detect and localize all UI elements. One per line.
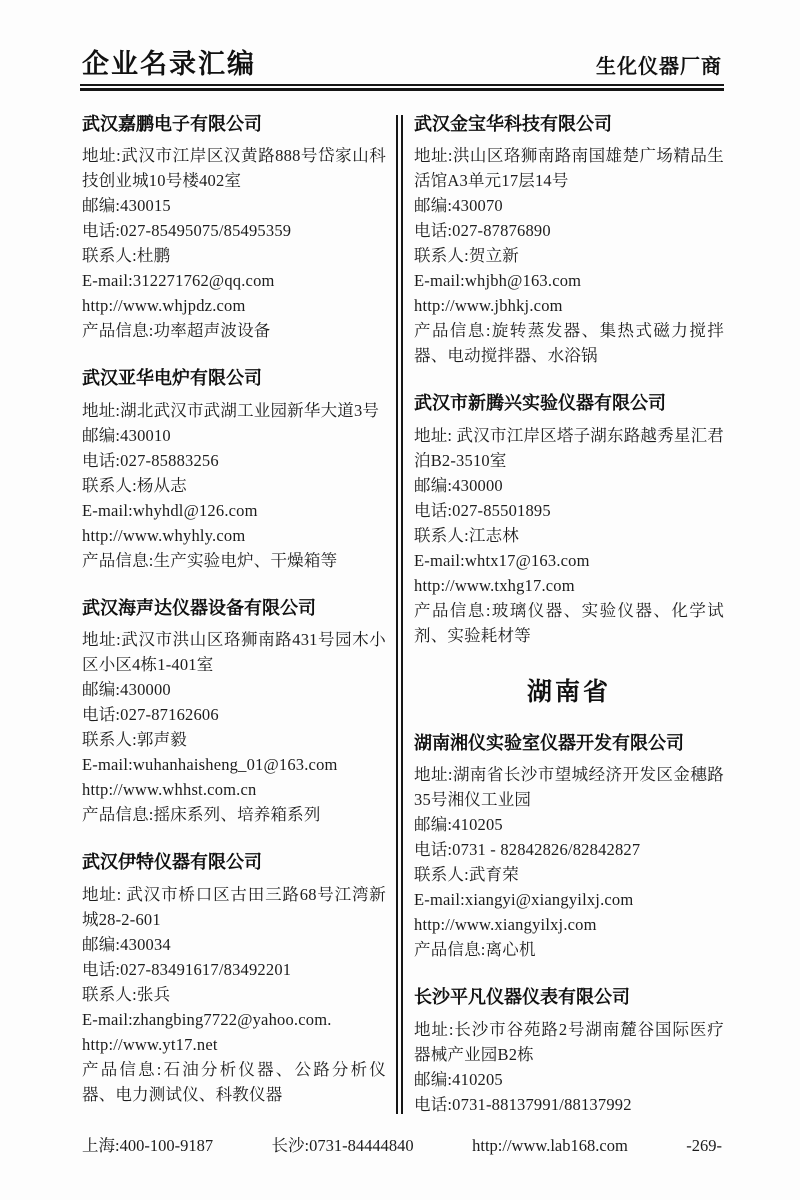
- company-email: E-mail:whjbh@163.com: [414, 268, 724, 293]
- company-entry: 武汉海声达仪器设备有限公司 地址:武汉市洪山区珞狮南路431号园木小区小区4栋1…: [82, 597, 386, 827]
- right-column: 武汉金宝华科技有限公司 地址:洪山区珞狮南路南国雄楚广场精品生活馆A3单元17层…: [414, 113, 724, 1114]
- company-contact: 联系人:张兵: [82, 982, 386, 1007]
- company-postcode: 邮编:430070: [414, 193, 724, 218]
- company-entry: 长沙平凡仪器仪表有限公司 地址:长沙市谷苑路2号湖南麓谷国际医疗器械产业园B2栋…: [414, 986, 724, 1114]
- company-address: 地址:武汉市洪山区珞狮南路431号园木小区小区4栋1-401室: [82, 627, 386, 677]
- company-phone: 电话:027-85495075/85495359: [82, 218, 386, 243]
- page-footer: 上海:400-100-9187 长沙:0731-84444840 http://…: [82, 1132, 722, 1156]
- company-address: 地址:武汉市江岸区汉黄路888号岱家山科技创业城10号楼402室: [82, 143, 386, 193]
- company-email: E-mail:whtx17@163.com: [414, 548, 724, 573]
- company-email: E-mail:whyhdl@126.com: [82, 498, 386, 523]
- company-name: 武汉金宝华科技有限公司: [414, 113, 724, 136]
- directory-columns: 武汉嘉鹏电子有限公司 地址:武汉市江岸区汉黄路888号岱家山科技创业城10号楼4…: [82, 113, 724, 1114]
- company-contact: 联系人:杨从志: [82, 473, 386, 498]
- company-products: 产品信息:旋转蒸发器、集热式磁力搅拌器、电动搅拌器、水浴锅: [414, 318, 724, 368]
- company-contact: 联系人:贺立新: [414, 243, 724, 268]
- company-address: 地址: 武汉市桥口区古田三路68号江湾新城28-2-601: [82, 882, 386, 932]
- company-postcode: 邮编:430015: [82, 193, 386, 218]
- company-address: 地址:湖南省长沙市望城经济开发区金穗路35号湘仪工业园: [414, 762, 724, 812]
- company-phone: 电话:027-87162606: [82, 702, 386, 727]
- company-email: E-mail:wuhanhaisheng_01@163.com: [82, 752, 386, 777]
- header-rule-thick-line: [80, 88, 724, 91]
- company-name: 长沙平凡仪器仪表有限公司: [414, 986, 724, 1009]
- company-products: 产品信息:石油分析仪器、公路分析仪器、电力测试仪、科教仪器: [82, 1057, 386, 1107]
- company-name: 武汉海声达仪器设备有限公司: [82, 597, 386, 620]
- company-email: E-mail:312271762@qq.com: [82, 268, 386, 293]
- company-products: 产品信息:离心机: [414, 937, 724, 962]
- company-contact: 联系人:杜鹏: [82, 243, 386, 268]
- publication-title: 企业名录汇编: [82, 42, 256, 81]
- company-name: 武汉亚华电炉有限公司: [82, 367, 386, 390]
- header-rule-thin-line: [80, 84, 724, 86]
- company-postcode: 邮编:430010: [82, 423, 386, 448]
- left-column: 武汉嘉鹏电子有限公司 地址:武汉市江岸区汉黄路888号岱家山科技创业城10号楼4…: [82, 113, 386, 1114]
- company-phone: 电话:027-85883256: [82, 448, 386, 473]
- company-website: http://www.whyhly.com: [82, 523, 386, 548]
- company-email: E-mail:xiangyi@xiangyilxj.com: [414, 887, 724, 912]
- company-name: 武汉市新腾兴实验仪器有限公司: [414, 392, 724, 415]
- company-postcode: 邮编:430000: [82, 677, 386, 702]
- company-contact: 联系人:武育荣: [414, 862, 724, 887]
- header-rule: [80, 84, 724, 91]
- company-products: 产品信息:摇床系列、培养箱系列: [82, 802, 386, 827]
- directory-page: 企业名录汇编 生化仪器厂商 武汉嘉鹏电子有限公司 地址:武汉市江岸区汉黄路888…: [0, 0, 800, 1200]
- company-phone: 电话:0731-88137991/88137992: [414, 1092, 724, 1114]
- page-number: -269-: [686, 1136, 722, 1156]
- company-name: 湖南湘仪实验室仪器开发有限公司: [414, 732, 724, 755]
- company-products: 产品信息:功率超声波设备: [82, 318, 386, 343]
- company-name: 武汉嘉鹏电子有限公司: [82, 113, 386, 136]
- company-phone: 电话:027-87876890: [414, 218, 724, 243]
- company-phone: 电话:027-85501895: [414, 498, 724, 523]
- company-entry: 武汉嘉鹏电子有限公司 地址:武汉市江岸区汉黄路888号岱家山科技创业城10号楼4…: [82, 113, 386, 343]
- company-contact: 联系人:江志林: [414, 523, 724, 548]
- company-phone: 电话:0731 - 82842826/82842827: [414, 837, 724, 862]
- column-divider: [396, 115, 403, 1114]
- company-phone: 电话:027-83491617/83492201: [82, 957, 386, 982]
- company-postcode: 邮编:410205: [414, 1067, 724, 1092]
- company-entry: 武汉伊特仪器有限公司 地址: 武汉市桥口区古田三路68号江湾新城28-2-601…: [82, 851, 386, 1106]
- company-website: http://www.whhst.com.cn: [82, 777, 386, 802]
- company-contact: 联系人:郭声毅: [82, 727, 386, 752]
- company-postcode: 邮编:430000: [414, 473, 724, 498]
- company-products: 产品信息:玻璃仪器、实验仪器、化学试剂、实验耗材等: [414, 598, 724, 648]
- company-address: 地址:长沙市谷苑路2号湖南麓谷国际医疗器械产业园B2栋: [414, 1017, 724, 1067]
- company-entry: 武汉金宝华科技有限公司 地址:洪山区珞狮南路南国雄楚广场精品生活馆A3单元17层…: [414, 113, 724, 368]
- company-products: 产品信息:生产实验电炉、干燥箱等: [82, 548, 386, 573]
- company-postcode: 邮编:410205: [414, 812, 724, 837]
- company-postcode: 邮编:430034: [82, 932, 386, 957]
- company-address: 地址:洪山区珞狮南路南国雄楚广场精品生活馆A3单元17层14号: [414, 143, 724, 193]
- company-website: http://www.jbhkj.com: [414, 293, 724, 318]
- company-address: 地址: 武汉市江岸区塔子湖东路越秀星汇君泊B2-3510室: [414, 423, 724, 473]
- company-entry: 湖南湘仪实验室仪器开发有限公司 地址:湖南省长沙市望城经济开发区金穗路35号湘仪…: [414, 732, 724, 962]
- company-name: 武汉伊特仪器有限公司: [82, 851, 386, 874]
- company-website: http://www.xiangyilxj.com: [414, 912, 724, 937]
- footer-shanghai-phone: 上海:400-100-9187: [82, 1132, 213, 1156]
- footer-changsha-phone: 长沙:0731-84444840: [272, 1132, 414, 1156]
- province-section-heading: 湖南省: [414, 672, 724, 708]
- company-website: http://www.txhg17.com: [414, 573, 724, 598]
- company-email: E-mail:zhangbing7722@yahoo.com.: [82, 1007, 386, 1032]
- company-address: 地址:湖北武汉市武湖工业园新华大道3号: [82, 398, 386, 423]
- category-title: 生化仪器厂商: [596, 50, 722, 81]
- company-website: http://www.yt17.net: [82, 1032, 386, 1057]
- company-entry: 武汉市新腾兴实验仪器有限公司 地址: 武汉市江岸区塔子湖东路越秀星汇君泊B2-3…: [414, 392, 724, 647]
- footer-website: http://www.lab168.com: [472, 1136, 628, 1156]
- company-entry: 武汉亚华电炉有限公司 地址:湖北武汉市武湖工业园新华大道3号 邮编:430010…: [82, 367, 386, 572]
- page-header: 企业名录汇编 生化仪器厂商: [82, 42, 722, 81]
- company-website: http://www.whjpdz.com: [82, 293, 386, 318]
